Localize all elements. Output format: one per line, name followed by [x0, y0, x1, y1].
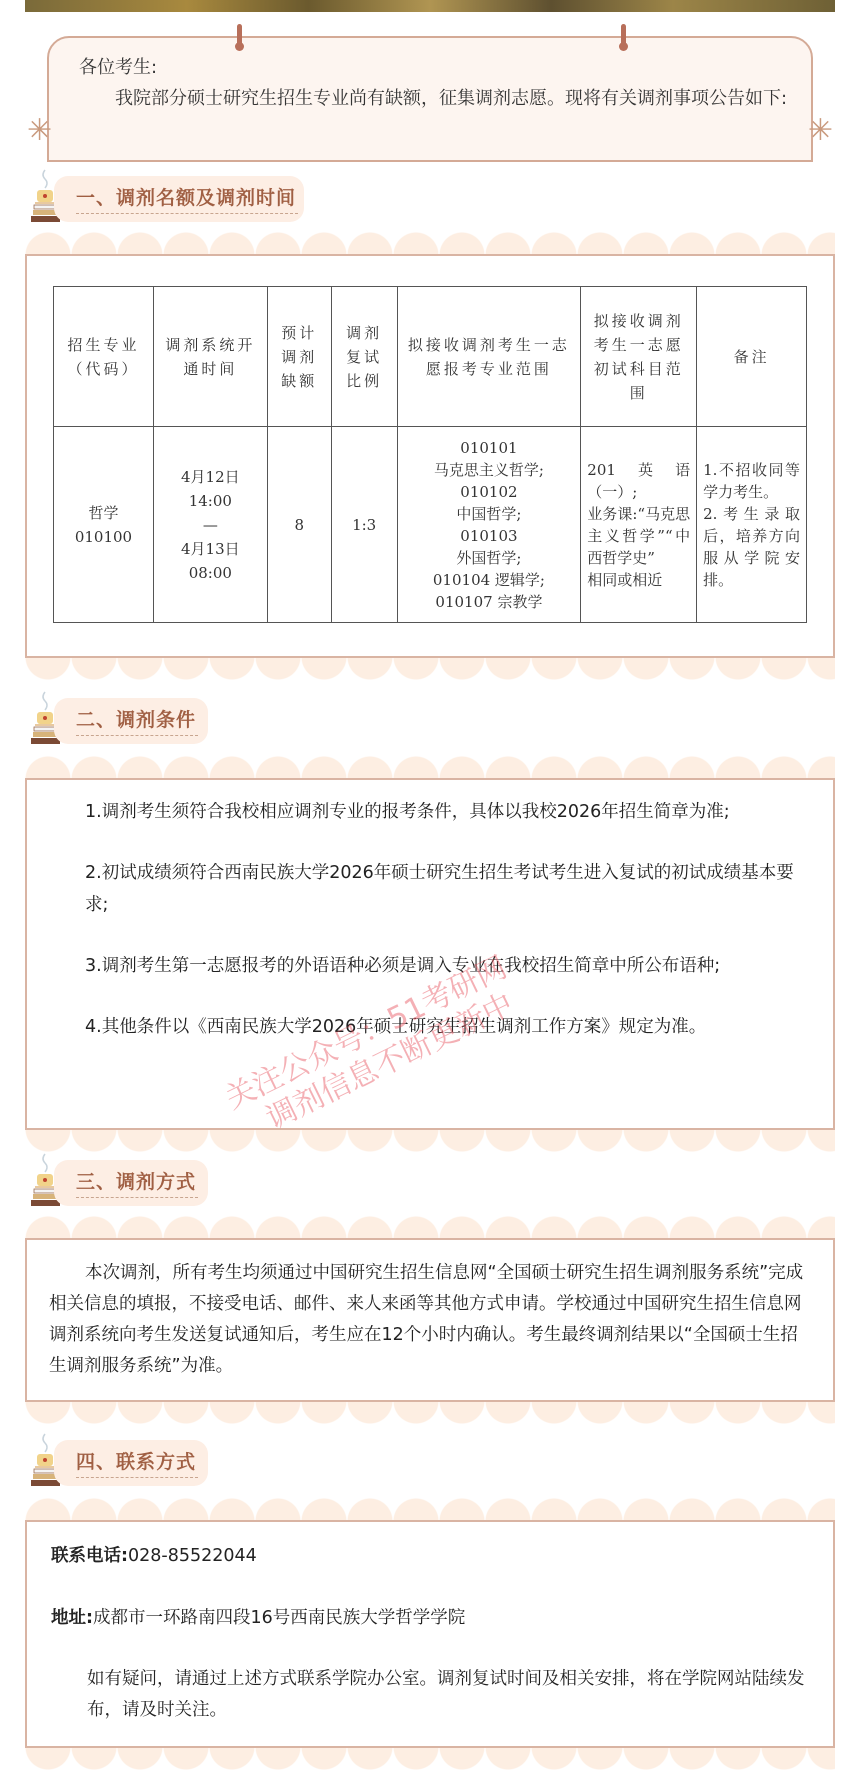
remark-item: 1.不招收同等学力考生。 [703, 459, 800, 503]
open-end-time: 08:00 [160, 561, 261, 585]
condition-item: 3.调剂考生第一志愿报考的外语语种必须是调入专业在我校招生简章中所公布语种; [49, 950, 811, 982]
conditions-box: 1.调剂考生须符合我校相应调剂专业的报考条件，具体以我校2026年招生简章为准;… [25, 778, 835, 1130]
cell-major: 哲学 010100 [54, 427, 154, 623]
accept-major-item: 010107 宗教学 [404, 591, 575, 613]
scallop-border-top [25, 756, 835, 778]
col-header-open-time: 调剂系统开通时间 [153, 287, 267, 427]
table-row: 哲学 010100 4月12日 14:00 — 4月13日 08:00 8 1:… [54, 427, 807, 623]
accept-major-item: 马克思主义哲学; [404, 459, 575, 481]
sparkle-icon: ✳ [27, 116, 52, 146]
method-box: 本次调剂，所有考生均须通过中国研究生招生信息网“全国硕士研究生招生调剂服务系统”… [25, 1238, 835, 1402]
contact-address-line: 地址:成都市一环路南四段16号西南民族大学哲学学院 [51, 1602, 811, 1634]
accept-major-item: 中国哲学; [404, 503, 575, 525]
major-name: 哲学 [60, 501, 147, 525]
col-header-remarks: 备注 [697, 287, 807, 427]
remark-item: 2.考生录取后，培养方向服从学院安排。 [703, 503, 800, 591]
accept-major-item: 010104 逻辑学; [404, 569, 575, 591]
contact-phone-line: 联系电话:028-85522044 [51, 1540, 811, 1572]
contact-note: 如有疑问，请通过上述方式联系学院办公室。调剂复试时间及相关安排，将在学院网站陆续… [51, 1664, 811, 1726]
contact-box: 联系电话:028-85522044 地址:成都市一环路南四段16号西南民族大学哲… [25, 1520, 835, 1748]
accept-major-item: 010102 [404, 481, 575, 503]
col-header-major: 招生专业（代码） [54, 287, 154, 427]
scallop-border-bottom [25, 1402, 835, 1424]
table-header-row: 招生专业（代码） 调剂系统开通时间 预计调剂缺额 调剂复试比例 拟接收调剂考生一… [54, 287, 807, 427]
scallop-border-bottom [25, 1130, 835, 1152]
phone-number[interactable]: 028-85522044 [128, 1546, 257, 1566]
condition-item: 4.其他条件以《西南民族大学2026年硕士研究生招生调剂工作方案》规定为准。 [49, 1011, 811, 1043]
accept-subject-item: 业务课:“马克思主义哲学”“中西哲学史” [587, 503, 690, 569]
scallop-border-bottom [25, 658, 835, 680]
address-label: 地址: [51, 1608, 93, 1628]
intro-greeting: 各位考生: [79, 52, 799, 83]
section-title: 四、联系方式 [76, 1447, 196, 1474]
cell-ratio: 1:3 [331, 427, 397, 623]
col-header-vacancies: 预计调剂缺额 [267, 287, 331, 427]
quota-box: 招生专业（代码） 调剂系统开通时间 预计调剂缺额 调剂复试比例 拟接收调剂考生一… [25, 254, 835, 658]
cell-vacancies: 8 [267, 427, 331, 623]
section-title: 三、调剂方式 [76, 1167, 196, 1194]
accept-major-item: 010101 [404, 437, 575, 459]
pin-icon [621, 24, 626, 48]
pin-icon [237, 24, 242, 48]
col-header-accept-majors: 拟接收调剂考生一志愿报考专业范围 [397, 287, 581, 427]
accept-major-item: 010103 [404, 525, 575, 547]
scallop-border-top [25, 1216, 835, 1238]
open-separator: — [160, 513, 261, 537]
sparkle-icon: ✳ [808, 116, 833, 146]
cell-accept-subjects: 201 英 语（一）; 业务课:“马克思主义哲学”“中西哲学史” 相同或相近 [581, 427, 697, 623]
col-header-accept-subjects: 拟接收调剂考生一志愿初试科目范围 [581, 287, 697, 427]
cell-remarks: 1.不招收同等学力考生。 2.考生录取后，培养方向服从学院安排。 [697, 427, 807, 623]
scallop-border-bottom [25, 1748, 835, 1770]
accept-subject-item: 201 英 语（一）; [587, 459, 690, 503]
cell-open-time: 4月12日 14:00 — 4月13日 08:00 [153, 427, 267, 623]
condition-item: 2.初试成绩须符合西南民族大学2026年硕士研究生招生考试考生进入复试的初试成绩… [49, 857, 811, 921]
scallop-border-top [25, 232, 835, 254]
accept-subject-item: 相同或相近 [587, 569, 690, 591]
phone-label: 联系电话: [51, 1546, 128, 1566]
method-text: 本次调剂，所有考生均须通过中国研究生招生信息网“全国硕士研究生招生调剂服务系统”… [49, 1258, 811, 1382]
intro-body: 我院部分硕士研究生招生专业尚有缺额，征集调剂志愿。现将有关调剂事项公告如下: [79, 83, 799, 114]
major-code: 010100 [60, 525, 147, 549]
intro-card: ✳ ✳ 各位考生: 我院部分硕士研究生招生专业尚有缺额，征集调剂志愿。现将有关调… [47, 36, 813, 162]
open-start-date: 4月12日 [160, 465, 261, 489]
open-start-time: 14:00 [160, 489, 261, 513]
quota-table: 招生专业（代码） 调剂系统开通时间 预计调剂缺额 调剂复试比例 拟接收调剂考生一… [53, 286, 807, 623]
header-photo-banner [25, 0, 835, 12]
section-title: 二、调剂条件 [76, 705, 196, 732]
section-title: 一、调剂名额及调剂时间 [76, 183, 296, 210]
cell-accept-majors: 010101 马克思主义哲学; 010102 中国哲学; 010103 外国哲学… [397, 427, 581, 623]
col-header-ratio: 调剂复试比例 [331, 287, 397, 427]
address-value: 成都市一环路南四段16号西南民族大学哲学学院 [93, 1608, 465, 1628]
open-end-date: 4月13日 [160, 537, 261, 561]
condition-item: 1.调剂考生须符合我校相应调剂专业的报考条件，具体以我校2026年招生简章为准; [49, 796, 811, 828]
scallop-border-top [25, 1498, 835, 1520]
accept-major-item: 外国哲学; [404, 547, 575, 569]
